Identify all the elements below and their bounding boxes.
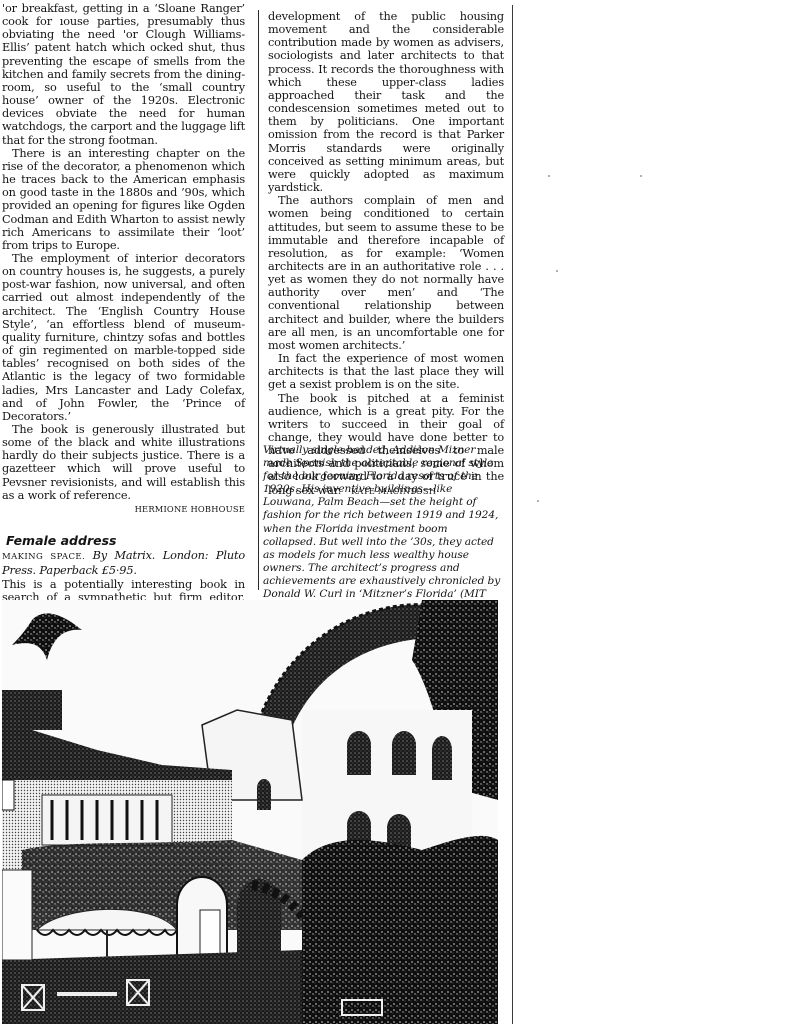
print-speck <box>640 175 642 177</box>
review-heading: Female address <box>6 534 245 547</box>
article-paragraph: development of the public housing moveme… <box>268 10 504 194</box>
article-paragraph: In fact the experience of most women arc… <box>268 352 504 391</box>
middle-column: development of the public housing moveme… <box>268 10 504 498</box>
villa-illustration <box>2 600 498 1024</box>
article-paragraph: 'or breakfast, getting in a ‘Sloane Rang… <box>2 2 245 147</box>
article-paragraph: The authors complain of men and women be… <box>268 194 504 352</box>
page-edge-rule <box>512 5 513 1024</box>
article-paragraph: The employment of interior decorators on… <box>2 252 245 423</box>
author-signature: HERMIONE HOBHOUSE <box>2 503 245 516</box>
book-title: MAKING SPACE. <box>2 552 85 562</box>
left-column: 'or breakfast, getting in a ‘Sloane Rang… <box>2 2 245 696</box>
villa-photograph <box>2 600 498 1024</box>
photo-caption: Virtually single-handed, Addison Mizner … <box>263 444 503 614</box>
article-paragraph: The book is generously illustrated but s… <box>2 423 245 502</box>
print-speck <box>548 175 550 177</box>
book-citation: MAKING SPACE. By Matrix. London: Pluto P… <box>2 549 245 577</box>
article-paragraph: There is an interesting chapter on the r… <box>2 147 245 252</box>
print-speck <box>537 500 539 502</box>
print-speck <box>556 270 558 272</box>
column-divider <box>258 10 259 590</box>
